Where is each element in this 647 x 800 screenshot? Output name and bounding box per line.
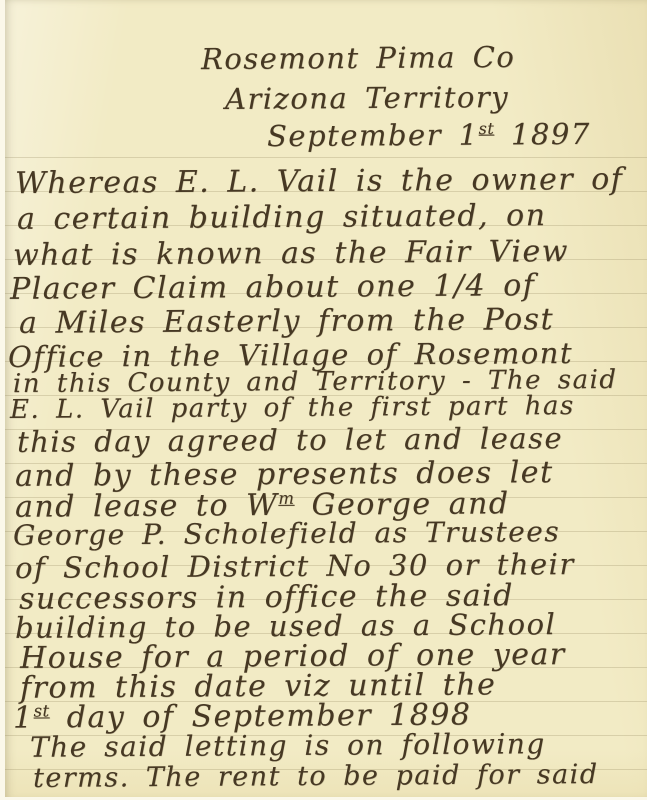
heading-territory: Arizona Territory xyxy=(225,81,509,116)
manuscript-line: a certain building situated, on xyxy=(17,199,547,237)
superscript-segment: st xyxy=(33,701,49,720)
manuscript-line: a Miles Easterly from the Post xyxy=(19,303,554,341)
manuscript-line: this day agreed to let and lease xyxy=(17,422,563,459)
heading-place: Rosemont Pima Co xyxy=(201,41,516,77)
manuscript-line: terms. The rent to be paid for said xyxy=(33,759,599,794)
manuscript-line: The said letting is on following xyxy=(30,728,546,764)
paper-sheet: Rosemont Pima Co Arizona Territory Septe… xyxy=(5,0,647,797)
superscript-segment: m xyxy=(278,489,294,508)
heading-date: September 1st 1897 xyxy=(267,118,591,154)
superscript-segment: st xyxy=(479,119,495,138)
text-segment: 1897 xyxy=(494,117,591,152)
scanned-letter-page: Rosemont Pima Co Arizona Territory Septe… xyxy=(0,0,647,800)
manuscript-line: Placer Claim about one 1/4 of xyxy=(10,269,536,307)
text-segment: September 1 xyxy=(267,118,479,153)
manuscript-line: George P. Scholefield as Trustees xyxy=(13,516,560,552)
manuscript-line: Whereas E. L. Vail is the owner of xyxy=(15,163,624,202)
